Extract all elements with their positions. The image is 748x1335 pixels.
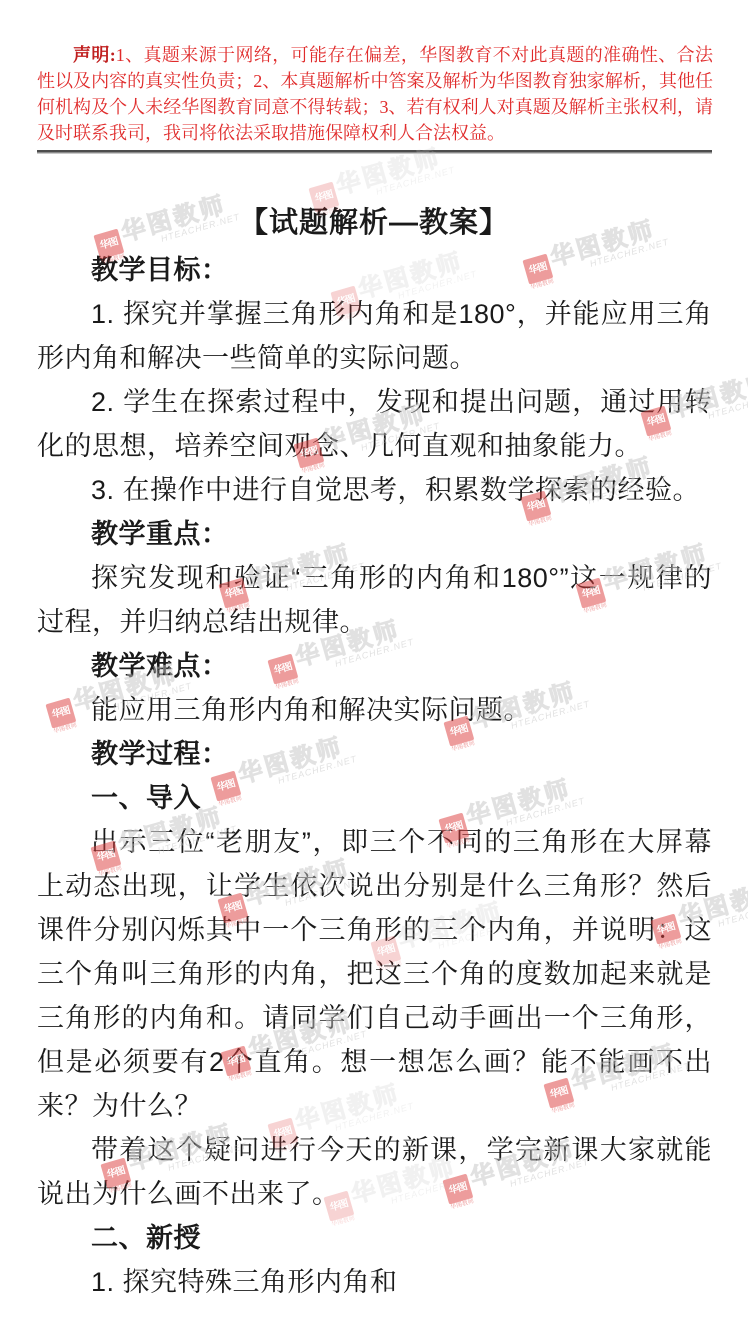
paragraph: 带着这个疑问进行今天的新课，学完新课大家就能说出为什么画不出来了。	[37, 1128, 712, 1216]
header-divider	[37, 150, 712, 154]
legal-notice: 声明:1、真题来源于网络，可能存在偏差，华图教育不对此真题的准确性、合法性以及内…	[37, 42, 713, 146]
paragraph: 1. 探究并掌握三角形内角和是180°，并能应用三角形内角和解决一些简单的实际问…	[37, 292, 712, 380]
page-title: 【试题解析—教案】	[0, 204, 748, 242]
paragraph: 3. 在操作中进行自觉思考，积累数学探索的经验。	[37, 468, 712, 512]
watermark-brand-en: HTEACHER.NET	[707, 390, 748, 421]
paragraph: 出示三位“老朋友”，即三个不同的三角形在大屏幕上动态出现，让学生依次说出分别是什…	[37, 820, 712, 1128]
section-heading: 教学重点：	[37, 512, 712, 556]
section-heading: 教学过程：	[37, 732, 712, 776]
section-heading: 一、导入	[37, 776, 712, 820]
notice-text: 1、真题来源于网络，可能存在偏差，华图教育不对此真题的准确性、合法性以及内容的真…	[37, 45, 713, 143]
watermark-brand-en: HTEACHER.NET	[375, 166, 456, 197]
section-heading: 教学难点：	[37, 644, 712, 688]
paragraph: 2. 学生在探索过程中，发现和提出问题，通过用转化的思想，培养空间观念、几何直观…	[37, 380, 712, 468]
section-heading: 二、新授	[37, 1216, 712, 1260]
paragraph: 探究发现和验证“三角形的内角和180°”这一规律的过程，并归纳总结出规律。	[37, 556, 712, 644]
paragraph: 能应用三角形内角和解决实际问题。	[37, 688, 712, 732]
notice-label: 声明:	[73, 45, 116, 65]
section-heading: 教学目标：	[37, 248, 712, 292]
paragraph: 1. 探究特殊三角形内角和	[37, 1260, 712, 1304]
document-page: 声明:1、真题来源于网络，可能存在偏差，华图教育不对此真题的准确性、合法性以及内…	[0, 0, 748, 1335]
document-body: 教学目标：1. 探究并掌握三角形内角和是180°，并能应用三角形内角和解决一些简…	[37, 248, 712, 1304]
watermark-brand-en: HTEACHER.NET	[717, 898, 748, 929]
